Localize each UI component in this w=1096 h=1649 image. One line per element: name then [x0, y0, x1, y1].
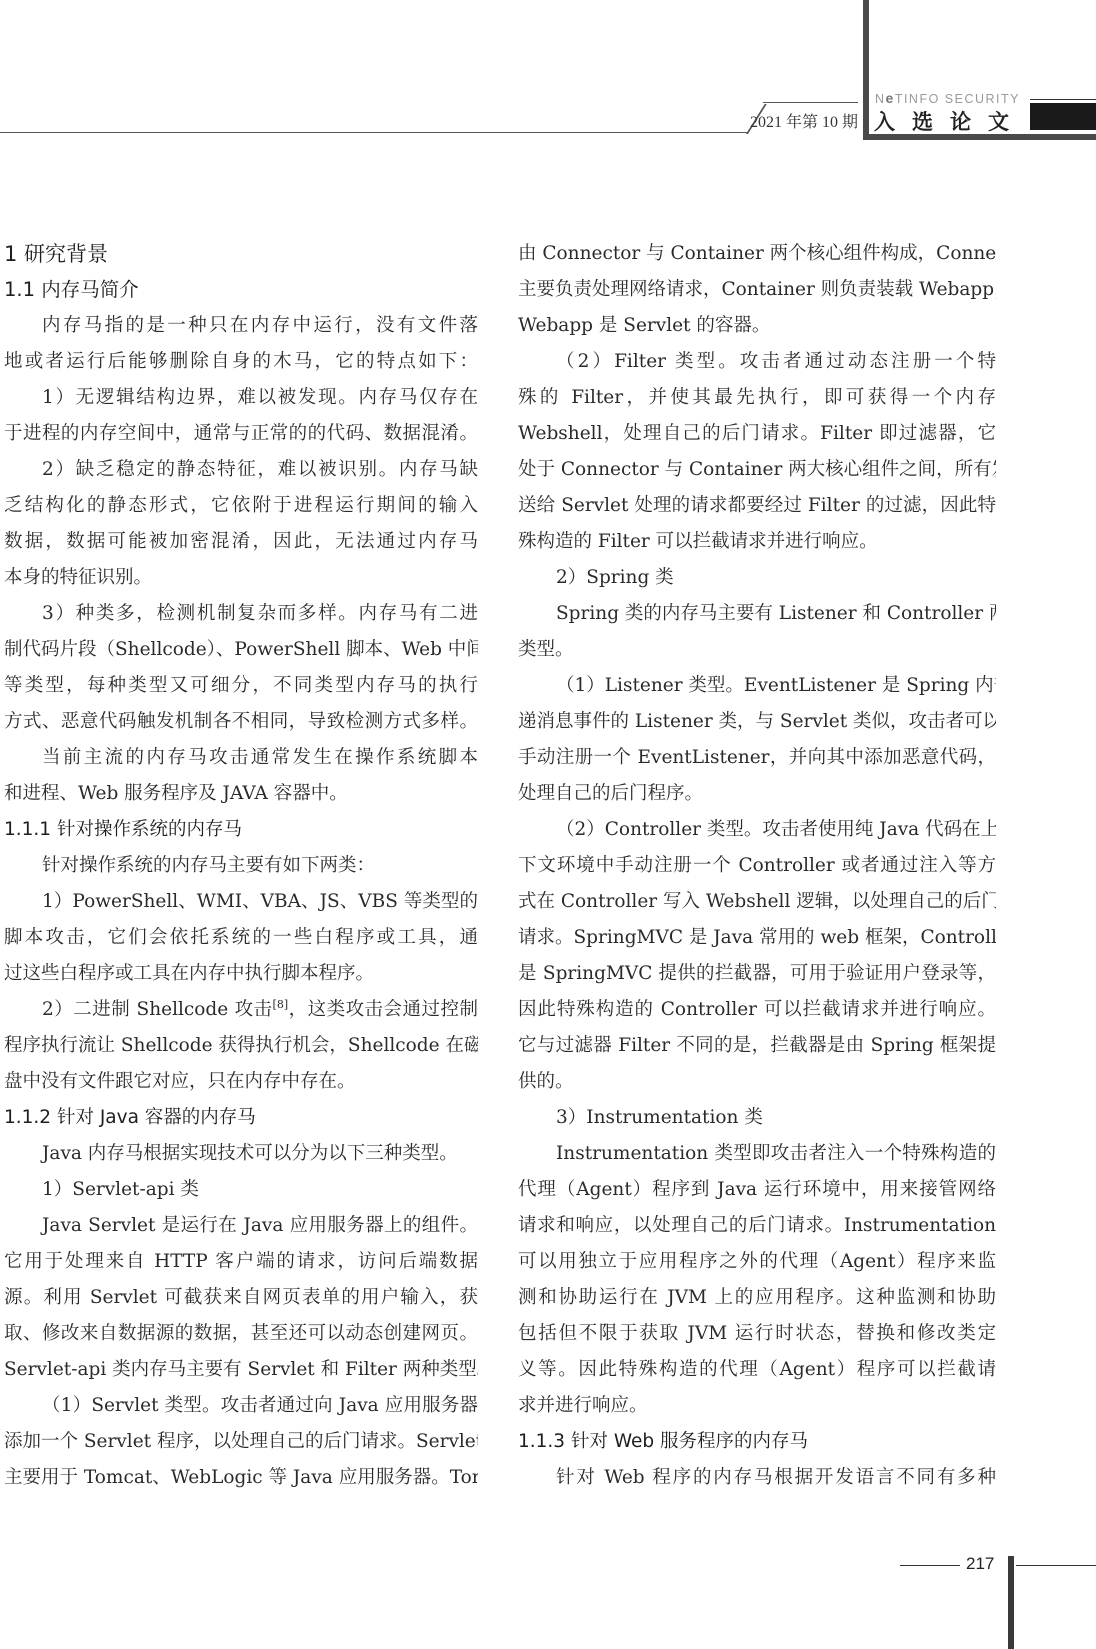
text-line: 送给 Servlet 处理的请求都要经过 Filter 的过滤，因此特	[518, 488, 996, 524]
brand-prefix: N	[875, 92, 886, 106]
paragraph-java-intro: Java 内存马根据实现技术可以分为以下三种类型。	[4, 1136, 478, 1172]
text-line: 和进程、Web 服务程序及 JAVA 容器中。	[4, 776, 478, 812]
text-line: （1）Servlet 类型。攻击者通过向 Java 应用服务器	[4, 1388, 478, 1424]
heading-1-1: 1.1 内存马简介	[4, 272, 478, 308]
text-line: Webshell，处理自己的后门请求。Filter 即过滤器，它	[518, 416, 996, 452]
text-line: Java Servlet 是运行在 Java 应用服务器上的组件。	[4, 1208, 478, 1244]
text-line: 它用于处理来自 HTTP 客户端的请求，访问后端数据	[4, 1244, 478, 1280]
paragraph-current: 当前主流的内存马攻击通常发生在操作系统脚本 和进程、Web 服务程序及 JAVA…	[4, 740, 478, 812]
left-column: 1 研究背景 1.1 内存马简介 内存马指的是一种只在内存中运行，没有文件落 地…	[4, 236, 478, 1496]
text-line: 主要负责处理网络请求，Container 则负责装载 Webapp，	[518, 272, 996, 308]
paragraph-os-intro: 针对操作系统的内存马主要有如下两类：	[4, 848, 478, 884]
paragraph-feature-2: 2）缺乏稳定的静态特征，难以被识别。内存马缺 乏结构化的静态形式，它依附于进程运…	[4, 452, 478, 596]
header-top-rule	[763, 102, 858, 103]
text-line: 殊构造的 Filter 可以拦截请求并进行响应。	[518, 524, 996, 560]
paragraph-os-2: 2）二进制 Shellcode 攻击[8]，这类攻击会通过控制 程序执行流让 S…	[4, 992, 478, 1100]
text-line: 递消息事件的 Listener 类，与 Servlet 类似，攻击者可以	[518, 704, 996, 740]
text-line: Webapp 是 Servlet 的容器。	[518, 308, 996, 344]
journal-brand: NeTINFO SECURITY	[875, 90, 1020, 106]
text-line: 处于 Connector 与 Container 两大核心组件之间，所有发	[518, 452, 996, 488]
heading-1-1-3: 1.1.3 针对 Web 服务程序的内存马	[518, 1424, 996, 1460]
brand-rest: TINFO SECURITY	[895, 92, 1020, 106]
paragraph-listener: （1）Listener 类型。EventListener 是 Spring 内部…	[518, 668, 996, 812]
text-line: 义等。因此特殊构造的代理（Agent）程序可以拦截请	[518, 1352, 996, 1388]
brand-rule	[1030, 99, 1096, 100]
paragraph-controller: （2）Controller 类型。攻击者使用纯 Java 代码在上 下文环境中手…	[518, 812, 996, 1100]
text-line: 1）PowerShell、WMI、VBA、JS、VBS 等类型的	[4, 884, 478, 920]
paragraph-filter: （2）Filter 类型。攻击者通过动态注册一个特 殊的 Filter，并使其最…	[518, 344, 996, 560]
brand-e-logo-icon: e	[886, 90, 895, 106]
text-line: 可以用独立于应用程序之外的代理（Agent）程序来监	[518, 1244, 996, 1280]
right-column: 由 Connector 与 Container 两个核心组件构成，Connect…	[518, 236, 996, 1496]
text-line: 2）缺乏稳定的静态特征，难以被识别。内存马缺	[4, 452, 478, 488]
text-line: Spring 类的内存马主要有 Listener 和 Controller 两种	[518, 596, 996, 632]
subheading-servlet-api: 1）Servlet-api 类	[4, 1172, 478, 1208]
text-line: 它与过滤器 Filter 不同的是，拦截器是由 Spring 框架提	[518, 1028, 996, 1064]
page-number: 217	[966, 1554, 994, 1574]
text-line: 供的。	[518, 1064, 996, 1100]
text-line: 1）无逻辑结构边界，难以被发现。内存马仅存在	[4, 380, 478, 416]
paragraph-spring: Spring 类的内存马主要有 Listener 和 Controller 两种…	[518, 596, 996, 668]
heading-1-1-1: 1.1.1 针对操作系统的内存马	[4, 812, 478, 848]
paragraph-feature-3: 3）种类多，检测机制复杂而多样。内存马有二进 制代码片段（Shellcode）、…	[4, 596, 478, 740]
text-line: 因此特殊构造的 Controller 可以拦截请求并进行响应。	[518, 992, 996, 1028]
text-line: 是 SpringMVC 提供的拦截器，可用于验证用户登录等，	[518, 956, 996, 992]
text-line: 地或者运行后能够删除自身的木马，它的特点如下：	[4, 344, 478, 380]
citation-ref[interactable]: [8]	[273, 998, 289, 1011]
text-line: 请求和响应，以处理自己的后门请求。Instrumentation	[518, 1208, 996, 1244]
section-label: 入选论文	[874, 106, 1026, 136]
paragraph-os-1: 1）PowerShell、WMI、VBA、JS、VBS 等类型的 脚本攻击，它们…	[4, 884, 478, 992]
subheading-instrumentation: 3）Instrumentation 类	[518, 1100, 996, 1136]
text-line: 类型。	[518, 632, 996, 668]
text-line: 取、修改来自数据源的数据，甚至还可以动态创建网页。	[4, 1316, 478, 1352]
text-line: （2）Controller 类型。攻击者使用纯 Java 代码在上	[518, 812, 996, 848]
text-line: 主要用于 Tomcat、WebLogic 等 Java 应用服务器。Tomcat	[4, 1460, 478, 1496]
paragraph-web: 针对 Web 程序的内存马根据开发语言不同有多种	[518, 1460, 996, 1496]
text-line: 式在 Controller 写入 Webshell 逻辑，以处理自己的后门	[518, 884, 996, 920]
paragraph-intro: 内存马指的是一种只在内存中运行，没有文件落 地或者运行后能够删除自身的木马，它的…	[4, 308, 478, 380]
text-segment: 2）二进制 Shellcode 攻击	[42, 999, 273, 1020]
header-black-block	[1030, 103, 1096, 130]
text-line: 当前主流的内存马攻击通常发生在操作系统脚本	[4, 740, 478, 776]
paragraph-servlet-type: （1）Servlet 类型。攻击者通过向 Java 应用服务器 添加一个 Ser…	[4, 1388, 478, 1496]
text-line: 下文环境中手动注册一个 Controller 或者通过注入等方	[518, 848, 996, 884]
paragraph-tomcat: 由 Connector 与 Container 两个核心组件构成，Connect…	[518, 236, 996, 344]
text-line: 盘中没有文件跟它对应，只在内存中存在。	[4, 1064, 478, 1100]
paragraph-instrumentation: Instrumentation 类型即攻击者注入一个特殊构造的 代理（Agent…	[518, 1136, 996, 1424]
text-line: Servlet-api 类内存马主要有 Servlet 和 Filter 两种类…	[4, 1352, 478, 1388]
text-line: 2）二进制 Shellcode 攻击[8]，这类攻击会通过控制	[4, 992, 478, 1028]
text-line: 方式、恶意代码触发机制各不相同，导致检测方式多样。	[4, 704, 478, 740]
text-line: 内存马指的是一种只在内存中运行，没有文件落	[4, 308, 478, 344]
text-segment: ，这类攻击会通过控制	[288, 999, 478, 1020]
text-line: 程序执行流让 Shellcode 获得执行机会，Shellcode 在磁	[4, 1028, 478, 1064]
text-line: 脚本攻击，它们会依托系统的一些白程序或工具，通	[4, 920, 478, 956]
heading-1: 1 研究背景	[4, 236, 478, 272]
text-line: （1）Listener 类型。EventListener 是 Spring 内部…	[518, 668, 996, 704]
paragraph-servlet: Java Servlet 是运行在 Java 应用服务器上的组件。 它用于处理来…	[4, 1208, 478, 1388]
text-line: 源。利用 Servlet 可截获来自网页表单的用户输入，获	[4, 1280, 478, 1316]
text-line: 3）种类多，检测机制复杂而多样。内存马有二进	[4, 596, 478, 632]
text-line: 乏结构化的静态形式，它依附于进程运行期间的输入	[4, 488, 478, 524]
text-line: 包括但不限于获取 JVM 运行时状态，替换和修改类定	[518, 1316, 996, 1352]
text-line: 请求。SpringMVC 是 Java 常用的 web 框架，Controlle…	[518, 920, 996, 956]
text-line: 处理自己的后门程序。	[518, 776, 996, 812]
issue-label: 2021 年第 10 期	[750, 109, 858, 132]
text-line: 手动注册一个 EventListener，并向其中添加恶意代码，	[518, 740, 996, 776]
text-line: 代理（Agent）程序到 Java 运行环境中，用来接管网络	[518, 1172, 996, 1208]
footer-rule-right	[1016, 1565, 1096, 1566]
text-line: （2）Filter 类型。攻击者通过动态注册一个特	[518, 344, 996, 380]
subheading-spring: 2）Spring 类	[518, 560, 996, 596]
text-line: 过这些白程序或工具在内存中执行脚本程序。	[4, 956, 478, 992]
header-vertical-bar	[863, 0, 869, 140]
text-line: 等类型，每种类型又可细分，不同类型内存马的执行	[4, 668, 478, 704]
text-line: 制代码片段（Shellcode）、PowerShell 脚本、Web 中间件	[4, 632, 478, 668]
text-line: 本身的特征识别。	[4, 560, 478, 596]
text-line: 测和协助运行在 JVM 上的应用程序。这种监测和协助	[518, 1280, 996, 1316]
text-line: 数据，数据可能被加密混淆，因此，无法通过内存马	[4, 524, 478, 560]
heading-1-1-2: 1.1.2 针对 Java 容器的内存马	[4, 1100, 478, 1136]
footer-rule-left	[900, 1565, 960, 1566]
text-line: Instrumentation 类型即攻击者注入一个特殊构造的	[518, 1136, 996, 1172]
text-line: 添加一个 Servlet 程序，以处理自己的后门请求。Servlet	[4, 1424, 478, 1460]
text-line: 求并进行响应。	[518, 1388, 996, 1424]
header-rule	[0, 132, 748, 133]
text-line: 由 Connector 与 Container 两个核心组件构成，Connect…	[518, 236, 996, 272]
text-line: 于进程的内存空间中，通常与正常的的代码、数据混淆。	[4, 416, 478, 452]
paragraph-feature-1: 1）无逻辑结构边界，难以被发现。内存马仅存在 于进程的内存空间中，通常与正常的的…	[4, 380, 478, 452]
footer-vertical-bar	[1008, 1556, 1014, 1649]
text-line: 殊的 Filter，并使其最先执行，即可获得一个内存	[518, 380, 996, 416]
